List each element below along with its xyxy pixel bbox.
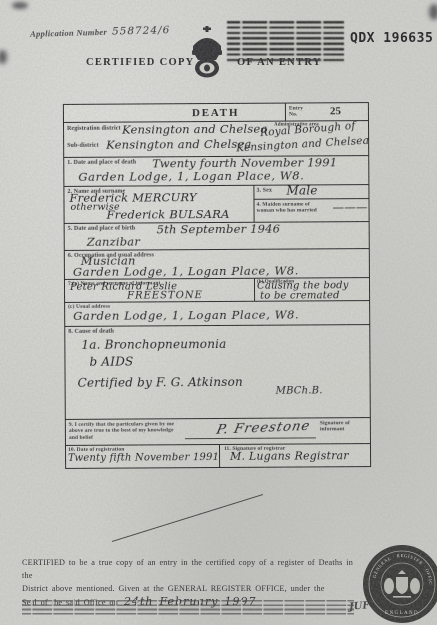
informant-signature-cell: P. Freestone (183, 418, 320, 444)
informant-address-value: Garden Lodge, 1, Logan Place, W8. (73, 308, 299, 322)
district-label: Registration district (67, 126, 121, 133)
royal-crown-emblem (189, 26, 225, 78)
qualification-cell: (b) Qualification Causing the body to be… (254, 278, 369, 301)
serial-stamp-code: QDX 196635 (350, 31, 433, 46)
registrar-signature-value: M. Lugans Registrar (230, 450, 349, 463)
entry-number-label: Entry No. (289, 105, 309, 118)
sex-subcell: 3. Sex Male (254, 185, 368, 200)
entry-number-cell: Entry No. 25 (285, 103, 368, 121)
scan-smudge (429, 4, 437, 20)
birth-place-value: Zanzibar (87, 235, 140, 248)
registrar-signature-cell: 11. Signature of registrar M. Lugans Reg… (220, 444, 370, 467)
entry-number-value: 25 (330, 105, 341, 117)
application-number-label: Application Number (30, 27, 107, 39)
table-row-district: Registration district Kensington and Che… (64, 121, 368, 158)
informant-address-cell: (c) Usual address Garden Lodge, 1, Logan… (65, 301, 369, 326)
table-row-registration: 10. Date of registration Twenty fifth No… (66, 444, 370, 468)
of-an-entry-heading: OF AN ENTRY (237, 57, 322, 68)
table-row-cause-of-death: 8. Cause of death 1a. Bronchopneumonia b… (65, 325, 370, 420)
maiden-surname-label: 4. Maiden surname of woman who has marri… (256, 201, 322, 214)
table-row-title: DEATH Entry No. 25 (64, 103, 368, 123)
signature-rule (185, 437, 316, 439)
cause-line-1a: 1a. Bronchopneumonia (81, 338, 226, 352)
death-place-value: Garden Lodge, 1, Logan Place, W8. (78, 169, 304, 183)
certified-by-value: Certified by F. G. Atkinson (78, 376, 243, 390)
registration-date-cell: 10. Date of registration Twenty fifth No… (66, 445, 220, 468)
birth-cell: 5. Date and place of birth 5th September… (65, 222, 369, 250)
table-row-informant-signature: 9. I certify that the particulars given … (66, 418, 370, 446)
occupation-cell: 6. Occupation and usual address Musician… (65, 249, 369, 279)
table-row-informant: 7.(a) Name and surname of informant Pete… (65, 278, 369, 303)
death-date-place-cell: 1. Date and place of death Twenty fourth… (64, 156, 368, 186)
certified-copy-heading: CERTIFIED COPY (86, 57, 195, 68)
qualification-value-line2: to be cremated (260, 290, 340, 301)
subdistrict-label: Sub-district (67, 143, 99, 150)
seal-bottom-text: ENGLAND (385, 611, 419, 616)
district-value: Kensington and Chelsea (122, 123, 267, 137)
small-print-block (22, 600, 354, 615)
certify-statement-cell: 9. I certify that the particulars given … (66, 419, 183, 445)
registration-date-value: Twenty fifth November 1991 (68, 452, 219, 464)
cause-line-b: b AIDS (89, 356, 133, 369)
birth-date-value: 5th September 1946 (157, 223, 281, 236)
sex-value: Male (286, 184, 317, 197)
maiden-subcell: 4. Maiden surname of woman who has marri… (254, 199, 368, 221)
application-number-value: 558724/6 (112, 24, 171, 38)
register-entry-table: DEATH Entry No. 25 Registration district… (63, 102, 371, 469)
table-row-informant-address: (c) Usual address Garden Lodge, 1, Logan… (65, 301, 369, 327)
stray-pen-line (112, 494, 263, 542)
subdistrict-value: Kensington and Chelsea (106, 138, 251, 152)
application-number-line: Application Number558724/6 (30, 20, 171, 42)
table-row-occupation: 6. Occupation and usual address Musician… (65, 249, 369, 280)
sex-maiden-cell: 3. Sex Male 4. Maiden surname of woman w… (253, 185, 368, 222)
table-row-death-date-place: 1. Date and place of death Twenty fourth… (64, 156, 368, 187)
form-title: DEATH (192, 107, 239, 119)
name-value-line2: Frederick BULSARA (107, 208, 230, 221)
district-cell: Registration district Kensington and Che… (64, 121, 368, 157)
cause-of-death-label: 8. Cause of death (68, 329, 114, 336)
certify-statement-label: 9. I certify that the particulars given … (69, 421, 181, 441)
name-cell: 2. Name and surname Frederick MERCURY ot… (64, 186, 253, 223)
informant-cell: 7.(a) Name and surname of informant Pete… (65, 279, 254, 302)
admin-area-value-line2: Kensington and Chelsea (236, 136, 370, 155)
certification-line2: District above mentioned. Given at the G… (22, 582, 358, 595)
table-row-birth: 5. Date and place of birth 5th September… (65, 222, 369, 251)
signature-caption-cell: Signature of informant (320, 418, 370, 443)
death-certificate-scan: Application Number558724/6 CERTIFIED COP… (0, 0, 437, 625)
certification-line1: CERTIFIED to be a true copy of an entry … (22, 556, 358, 582)
usual-address-value: Garden Lodge, 1, Logan Place, W8. (73, 264, 299, 278)
general-register-office-seal: · GENERAL · REGISTER · OFFICE · ENGLAND (357, 541, 437, 625)
informant-signature: P. Freestone (215, 420, 312, 438)
scan-smudge (12, 2, 28, 9)
table-row-name-sex: 2. Name and surname Frederick MERCURY ot… (64, 185, 368, 224)
informant-name-line2: FREESTONE (127, 290, 203, 301)
signature-caption-label: Signature of informant (320, 420, 370, 433)
doctor-credentials: MBCh.B. (276, 385, 323, 396)
sex-label: 3. Sex (256, 188, 272, 195)
cause-of-death-cell: 8. Cause of death 1a. Bronchopneumonia b… (65, 325, 370, 419)
birth-label: 5. Date and place of birth (68, 225, 136, 232)
death-title-cell: DEATH (64, 104, 285, 122)
maiden-surname-value: ——— (332, 201, 367, 214)
death-date-label: 1. Date and place of death (67, 159, 136, 166)
scan-smudge (0, 50, 7, 64)
